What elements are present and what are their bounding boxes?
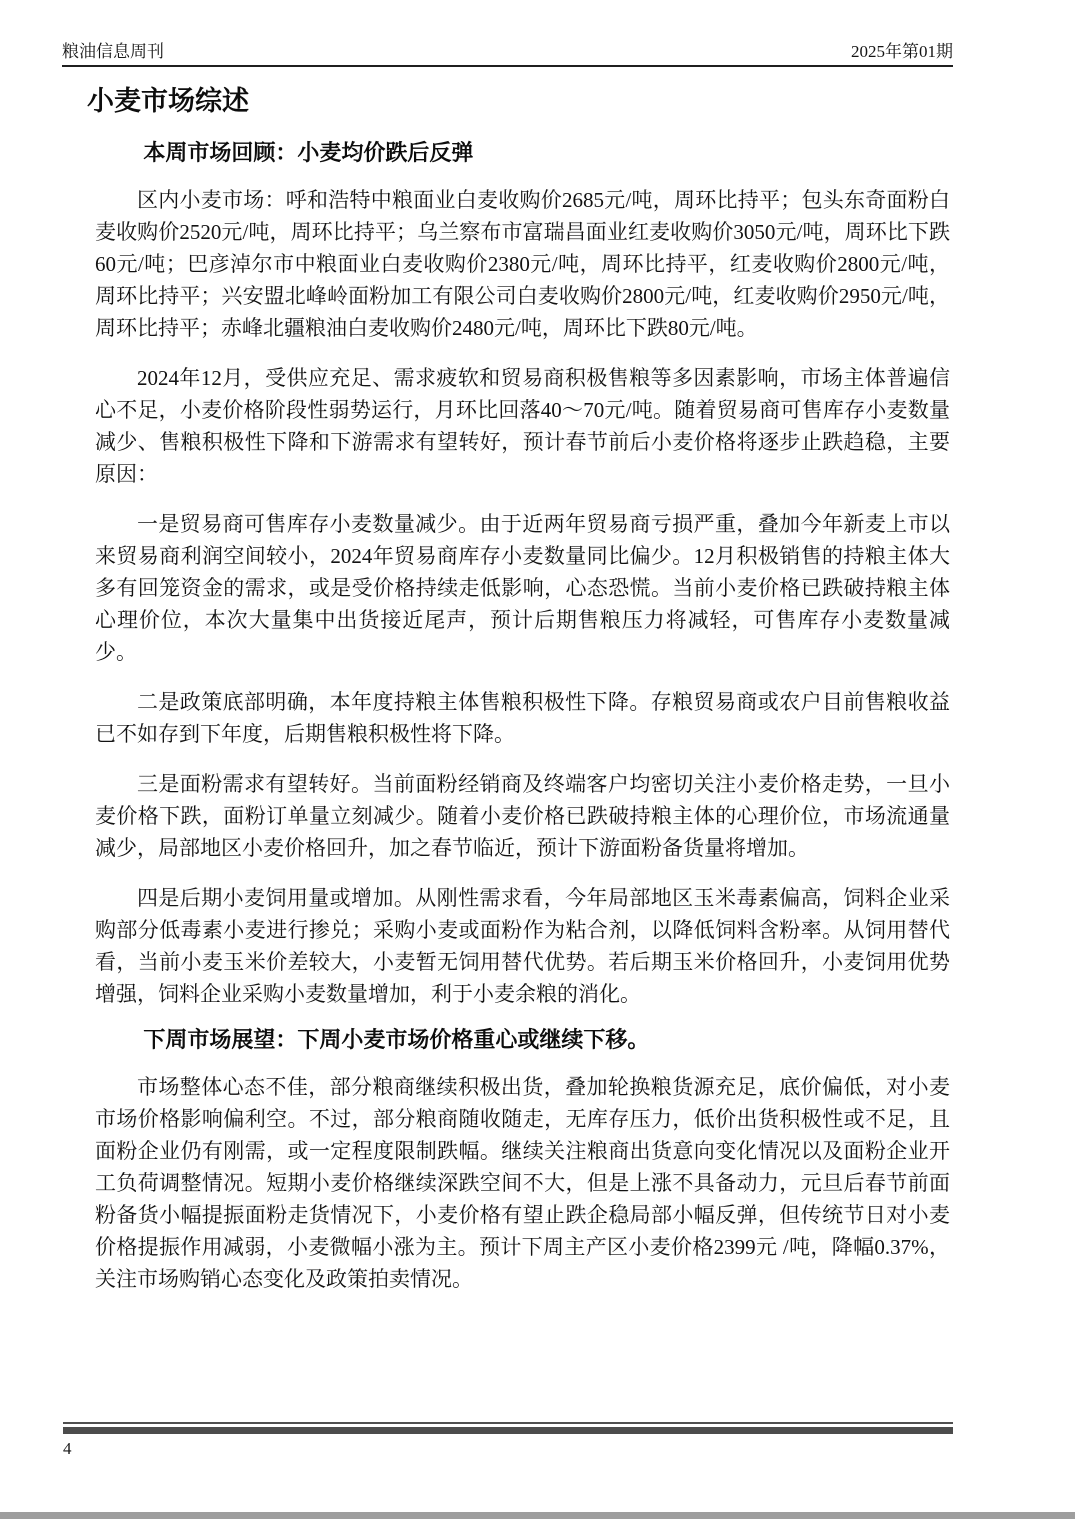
document-body: 小麦市场综述 本周市场回顾：小麦均价跌后反弹 区内小麦市场：呼和浩特中粮面业白麦…	[95, 86, 950, 1312]
window-bottom-bar	[0, 1512, 1075, 1519]
page-header: 粮油信息周刊 2025年第01期	[62, 42, 953, 67]
section-heading-next-week-outlook: 下周市场展望：下周小麦市场价格重心或继续下移。	[95, 1027, 950, 1053]
header-issue-label: 2025年第01期	[851, 42, 953, 62]
document-page: 粮油信息周刊 2025年第01期 小麦市场综述 本周市场回顾：小麦均价跌后反弹 …	[0, 0, 1075, 1519]
paragraph-reason-3: 三是面粉需求有望转好。当前面粉经销商及终端客户均密切关注小麦价格走势，一旦小麦价…	[95, 768, 950, 864]
paragraph-december-review: 2024年12月，受供应充足、需求疲软和贸易商积极售粮等多因素影响，市场主体普遍…	[95, 362, 950, 490]
header-journal-title: 粮油信息周刊	[62, 42, 164, 62]
section-heading-weekly-review: 本周市场回顾：小麦均价跌后反弹	[95, 140, 950, 166]
paragraph-reason-2: 二是政策底部明确，本年度持粮主体售粮积极性下降。存粮贸易商或农户目前售粮收益已不…	[95, 686, 950, 750]
paragraph-reason-4: 四是后期小麦饲用量或增加。从刚性需求看，今年局部地区玉米毒素偏高，饲料企业采购部…	[95, 882, 950, 1010]
paragraph-outlook: 市场整体心态不佳，部分粮商继续积极出货，叠加轮换粮货源充足，底价偏低，对小麦市场…	[95, 1071, 950, 1295]
page-footer: 4	[63, 1422, 953, 1458]
footer-rule-thick	[63, 1427, 953, 1434]
page-title: 小麦市场综述	[87, 86, 950, 116]
footer-rule-thin	[63, 1422, 953, 1424]
page-number: 4	[63, 1440, 953, 1458]
paragraph-regional-prices: 区内小麦市场：呼和浩特中粮面业白麦收购价2685元/吨，周环比持平；包头东奇面粉…	[95, 184, 950, 344]
paragraph-reason-1: 一是贸易商可售库存小麦数量减少。由于近两年贸易商亏损严重，叠加今年新麦上市以来贸…	[95, 508, 950, 668]
